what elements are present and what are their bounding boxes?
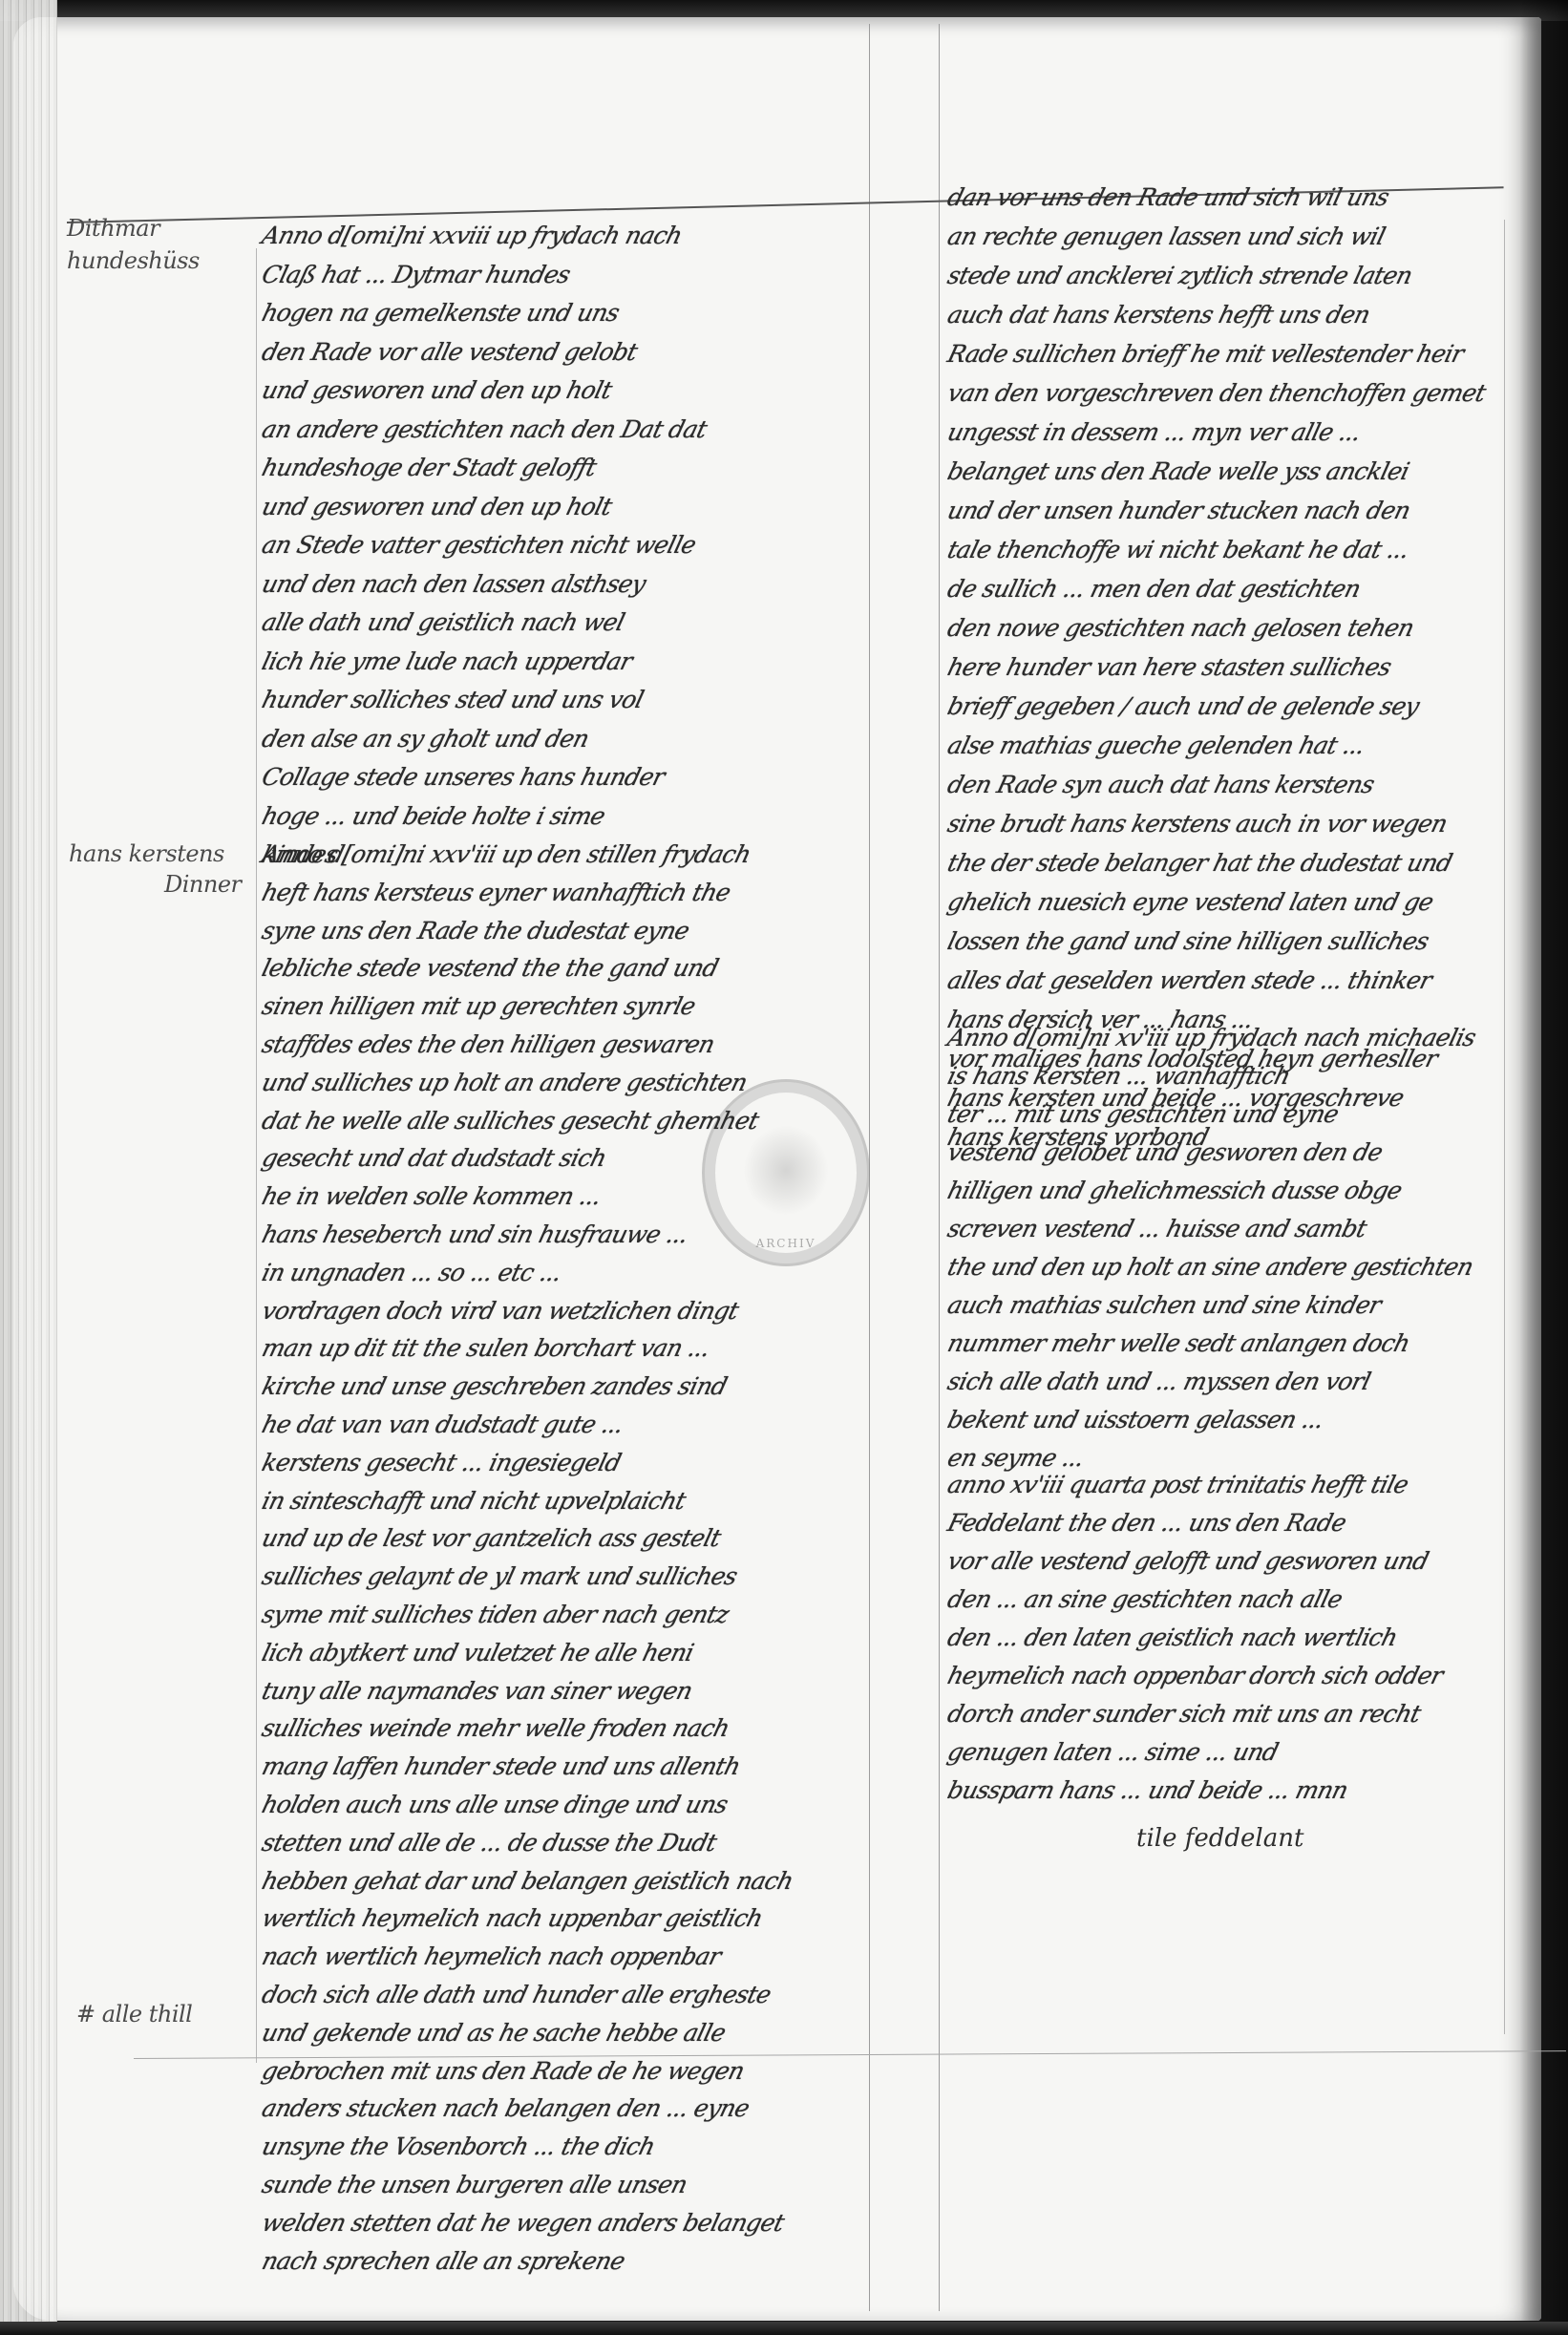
manuscript-line: en seyme ...: [944, 1444, 1087, 1472]
manuscript-line: vordragen doch vird van wetzlichen dingt: [259, 1297, 741, 1325]
manuscript-line: alle dath und geistlich nach wel: [259, 608, 626, 636]
manuscript-line: anno xv'iii quarta post trinitatis hefft…: [944, 1471, 1410, 1498]
page-right-shadow: [1520, 0, 1568, 2335]
manuscript-line: Anno d[omi]ni xxviii up frydach nach: [259, 222, 685, 249]
manuscript-line: sunde the unsen burgeren alle unsen: [259, 2171, 689, 2198]
manuscript-line: und gesworen und den up holt: [259, 376, 614, 404]
manuscript-line: the der stede belanger hat the dudestat …: [944, 849, 1454, 877]
manuscript-line: nach wertlich heymelich nach oppenbar: [259, 1942, 723, 1970]
manuscript-line: und den nach den lassen alsthsey: [259, 570, 648, 598]
manuscript-line: und der unsen hunder stucken nach den: [944, 497, 1412, 524]
manuscript-line: in ungnaden ... so ... etc ...: [259, 1259, 563, 1286]
manuscript-line: in sinteschafft und nicht upvelplaicht: [259, 1487, 688, 1515]
manuscript-line: dan vor uns den Rade und sich wil uns: [944, 183, 1391, 211]
manuscript-line: mang laffen hunder stede und uns allenth: [259, 1752, 743, 1780]
manuscript-line: auch mathias sulchen und sine kinder: [944, 1291, 1384, 1319]
manuscript-line: heft hans kersteus eyner wanhafftich the: [259, 879, 732, 906]
manuscript-line: Feddelant the den ... uns den Rade: [944, 1509, 1348, 1537]
manuscript-line: Anno d[omi]ni xv'iii up frydach nach mic…: [944, 1024, 1478, 1051]
manuscript-line: hogen na gemelkenste und uns: [259, 299, 622, 327]
manuscript-line: dat he welle alle sulliches gesecht ghem…: [259, 1107, 761, 1135]
margin-note-dithmar: Dithmar hundeshüss: [67, 215, 200, 274]
manuscript-line: genugen laten ... sime ... und: [944, 1738, 1281, 1766]
manuscript-line: kerstens gesecht ... ingesiegeld: [259, 1449, 624, 1476]
manuscript-line: lich abytkert und vuletzet he alle heni: [259, 1639, 696, 1666]
manuscript-line: kirche und unse geschreben zandes sind: [259, 1372, 730, 1400]
manuscript-line: tale thenchoffe wi nicht bekant he dat .…: [944, 536, 1411, 563]
margin-note-line: Dinner: [164, 871, 242, 898]
right-margin-rule: [1504, 220, 1505, 2034]
manuscript-line: gebrochen mit uns den Rade de he wegen: [259, 2057, 747, 2085]
manuscript-line: lich hie yme lude nach upperdar: [259, 647, 634, 675]
manuscript-line: auch dat hans kerstens hefft uns den: [944, 301, 1372, 329]
manuscript-line: he in welden solle kommen ...: [259, 1182, 604, 1210]
manuscript-line: stede und ancklerei zytlich strende late…: [944, 262, 1414, 289]
margin-note-nota: # alle thill: [76, 2001, 192, 2027]
manuscript-line: sich alle dath und ... myssen den vorl: [944, 1368, 1373, 1395]
manuscript-line: den Rade vor alle vestend gelobt: [259, 338, 640, 366]
manuscript-line: staffdes edes the den hilligen geswaren: [259, 1030, 717, 1058]
manuscript-line: holden auch uns alle unse dinge und uns: [259, 1791, 731, 1818]
manuscript-line: hebben gehat dar und belangen geistlich …: [259, 1867, 795, 1895]
manuscript-line: belanget uns den Rade welle yss ancklei: [944, 457, 1411, 485]
manuscript-line: de sullich ... men den dat gestichten: [944, 575, 1363, 603]
manuscript-line: an Stede vatter gestichten nicht welle: [259, 531, 698, 559]
manuscript-line: wertlich heymelich nach uppenbar geistli…: [259, 1904, 765, 1932]
left-column-rule: [256, 248, 257, 2063]
margin-note-hans-kerstens: hans kerstens Dinner: [69, 840, 242, 898]
margin-note-line: hans kerstens: [69, 840, 242, 867]
manuscript-line: anders stucken nach belangen den ... eyn…: [259, 2094, 752, 2122]
manuscript-line: bekent und uisstoern gelassen ...: [944, 1406, 1326, 1433]
manuscript-line: an andere gestichten nach den Dat dat: [259, 415, 710, 443]
manuscript-line: sulliches weinde mehr welle froden nach: [259, 1714, 731, 1742]
manuscript-line: ungesst in dessem ... myn ver alle ...: [944, 418, 1363, 446]
manuscript-line: Collage stede unseres hans hunder: [259, 763, 667, 791]
manuscript-line: ghelich nuesich eyne vestend laten und g…: [944, 888, 1435, 916]
manuscript-line: den Rade syn auch dat hans kerstens: [944, 771, 1376, 798]
manuscript-line: Claß hat ... Dytmar hundes: [259, 261, 573, 288]
manuscript-line: stetten und alle de ... de dusse the Dud…: [259, 1829, 719, 1857]
book-binding-edge: [0, 0, 57, 2335]
manuscript-line: hunder solliches sted und uns vol: [259, 686, 646, 713]
stamp-text: ARCHIV: [705, 1237, 867, 1250]
manuscript-line: doch sich alle dath und hunder alle ergh…: [259, 1981, 773, 2008]
manuscript-line: lebliche stede vestend the the gand und: [259, 954, 721, 982]
manuscript-line: hundeshoge der Stadt gelofft: [259, 454, 599, 481]
manuscript-line: sine brudt hans kerstens auch in vor weg…: [944, 810, 1450, 838]
margin-note-line: # alle thill: [76, 2001, 192, 2027]
manuscript-line: hoge ... und beide holte i sime: [259, 802, 607, 830]
margin-note-line: Dithmar: [67, 215, 200, 242]
manuscript-line: und gesworen und den up holt: [259, 493, 614, 520]
signature: tile feddelant: [1136, 1824, 1303, 1853]
manuscript-line: gesecht und dat dudstadt sich: [259, 1144, 608, 1172]
manuscript-line: heymelich nach oppenbar dorch sich odder: [944, 1662, 1445, 1689]
manuscript-line: alles dat geselden werden stede ... thin…: [944, 966, 1434, 994]
manuscript-line: nach sprechen alle an sprekene: [259, 2247, 627, 2275]
manuscript-line: Anno d[omi]ni xxv'iii up den stillen fry…: [259, 840, 753, 868]
manuscript-line: he dat van van dudstadt gute ...: [259, 1411, 625, 1438]
manuscript-line: lossen the gand und sine hilligen sullic…: [944, 927, 1431, 955]
manuscript-line: van den vorgeschreven den thenchoffen ge…: [944, 379, 1488, 407]
manuscript-line: den nowe gestichten nach gelosen tehen: [944, 614, 1416, 642]
manuscript-line: syne uns den Rade the dudestat eyne: [259, 917, 691, 945]
manuscript-line: alse mathias gueche gelenden hat ...: [944, 732, 1367, 759]
manuscript-line: screven vestend ... huisse and sambt: [944, 1215, 1368, 1242]
manuscript-line: bussparn hans ... und beide ... mnn: [944, 1776, 1350, 1804]
margin-note-line: hundeshüss: [67, 247, 200, 274]
manuscript-line: den ... an sine gestichten nach alle: [944, 1585, 1345, 1613]
manuscript-line: und sulliches up holt an andere gesticht…: [259, 1069, 750, 1096]
manuscript-line: ter ... mit uns gestichten und eyne: [944, 1100, 1341, 1128]
manuscript-line: sulliches gelaynt de yl mark und sullich…: [259, 1562, 739, 1590]
manuscript-line: den alse an sy gholt und den: [259, 725, 591, 753]
manuscript-line: an rechte genugen lassen und sich wil: [944, 223, 1388, 250]
manuscript-line: Rade sullichen brieff he mit vellestende…: [944, 340, 1466, 368]
manuscript-line: vestend gelobet und gesworen den de: [944, 1138, 1385, 1166]
manuscript-line: unsyne the Vosenborch ... the dich: [259, 2133, 657, 2160]
manuscript-line: tuny alle naymandes van siner wegen: [259, 1677, 694, 1705]
manuscript-line: is hans kersten ... wanhafftich: [944, 1062, 1293, 1090]
manuscript-line: den ... den laten geistlich nach wertlic…: [944, 1624, 1400, 1651]
stamp-emblem-icon: [743, 1125, 829, 1216]
manuscript-line: und up de lest vor gantzelich ass gestel…: [259, 1524, 723, 1552]
manuscript-line: hans heseberch und sin husfrauwe ...: [259, 1221, 690, 1248]
column-divider-rule-2: [939, 24, 940, 2311]
manuscript-line: brieff gegeben / auch und de gelende sey: [944, 692, 1421, 720]
manuscript-line: dorch ander sunder sich mit uns an recht: [944, 1700, 1423, 1728]
manuscript-line: hilligen und ghelichmessich dusse obge: [944, 1177, 1404, 1204]
manuscript-line: the und den up holt an sine andere gesti…: [944, 1253, 1475, 1281]
manuscript-line: man up dit tit the sulen borchart van ..…: [259, 1334, 712, 1362]
manuscript-line: vor alle vestend gelofft und gesworen un…: [944, 1547, 1430, 1575]
manuscript-line: nummer mehr welle sedt anlangen doch: [944, 1329, 1412, 1357]
manuscript-line: here hunder van here stasten sulliches: [944, 653, 1393, 681]
manuscript-line: und gekende und as he sache hebbe alle: [259, 2019, 728, 2047]
scan-bottom-edge: [0, 2322, 1568, 2335]
manuscript-line: sinen hilligen mit up gerechten synrle: [259, 992, 698, 1020]
manuscript-line: welden stetten dat he wegen anders belan…: [259, 2209, 786, 2237]
manuscript-line: syme mit sulliches tiden aber nach gentz: [259, 1601, 731, 1628]
